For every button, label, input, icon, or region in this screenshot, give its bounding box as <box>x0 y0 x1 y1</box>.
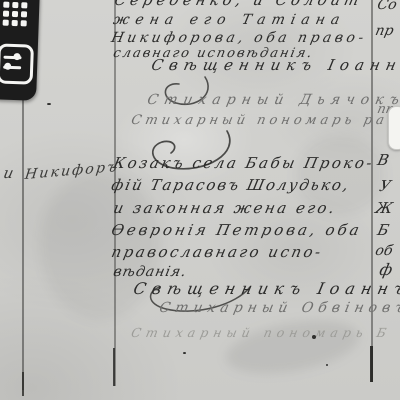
handwriting-line: фій Тарасовъ Шолудько, <box>110 178 351 193</box>
handwriting-line: Свѣщенникъ Іоаннъ <box>132 281 400 297</box>
handwriting-line: православнаго испо- <box>110 245 324 260</box>
edge-fragment: Со <box>376 0 398 12</box>
ink-speck <box>326 364 328 366</box>
edge-fragment: Ж <box>374 201 394 216</box>
sliders-icon <box>0 47 31 82</box>
viewer-toolbar <box>0 0 40 101</box>
paper-smudge <box>222 312 363 383</box>
document-scan-canvas: Середенко, и Солдат жена его Татіана Ник… <box>0 0 400 400</box>
handwriting-line: Стихарный Обвіновъ <box>158 301 400 315</box>
ink-speck <box>183 352 186 354</box>
filters-button[interactable] <box>0 43 34 84</box>
handwriting-line: Свѣщенникъ Іоаннъ <box>150 58 400 73</box>
grid-icon <box>3 2 9 8</box>
handwriting-line: Ѳевронія Петрова, оба <box>110 223 363 238</box>
edge-fragment: пр <box>374 24 395 38</box>
ink-speck <box>312 335 316 339</box>
column-rule-right-tip <box>370 346 373 382</box>
edge-fragment: Б <box>376 223 390 238</box>
handwriting-line: жена его Татіана <box>112 13 347 27</box>
column-rule-middle-tip <box>113 348 115 386</box>
grid-view-button[interactable] <box>3 2 28 27</box>
ink-speck <box>47 103 51 105</box>
column-rule-left-tip <box>22 372 24 396</box>
margin-word-fragment: и <box>2 166 15 181</box>
handwriting-line: Стихарный пономарь ра <box>130 114 389 127</box>
edge-fragment: У <box>378 179 392 194</box>
edge-fragment: В <box>376 153 390 168</box>
scrollbar-thumb[interactable] <box>388 106 400 150</box>
handwriting-line: и законная жена его. <box>112 201 338 216</box>
handwriting-line: Никифорова, оба право- <box>110 31 368 45</box>
handwriting-line: Середенко, и Солдат <box>113 0 364 8</box>
handwriting-line: Стихарный Дьячокъ <box>146 93 400 107</box>
handwriting-line: Стихарный пономарь Б <box>130 327 392 340</box>
handwriting-line: вѣданія. <box>112 265 188 279</box>
handwriting-line: Козакъ села Бабы Проко- <box>112 156 376 171</box>
edge-fragment: ф <box>378 262 394 278</box>
edge-fragment: об <box>374 244 394 258</box>
